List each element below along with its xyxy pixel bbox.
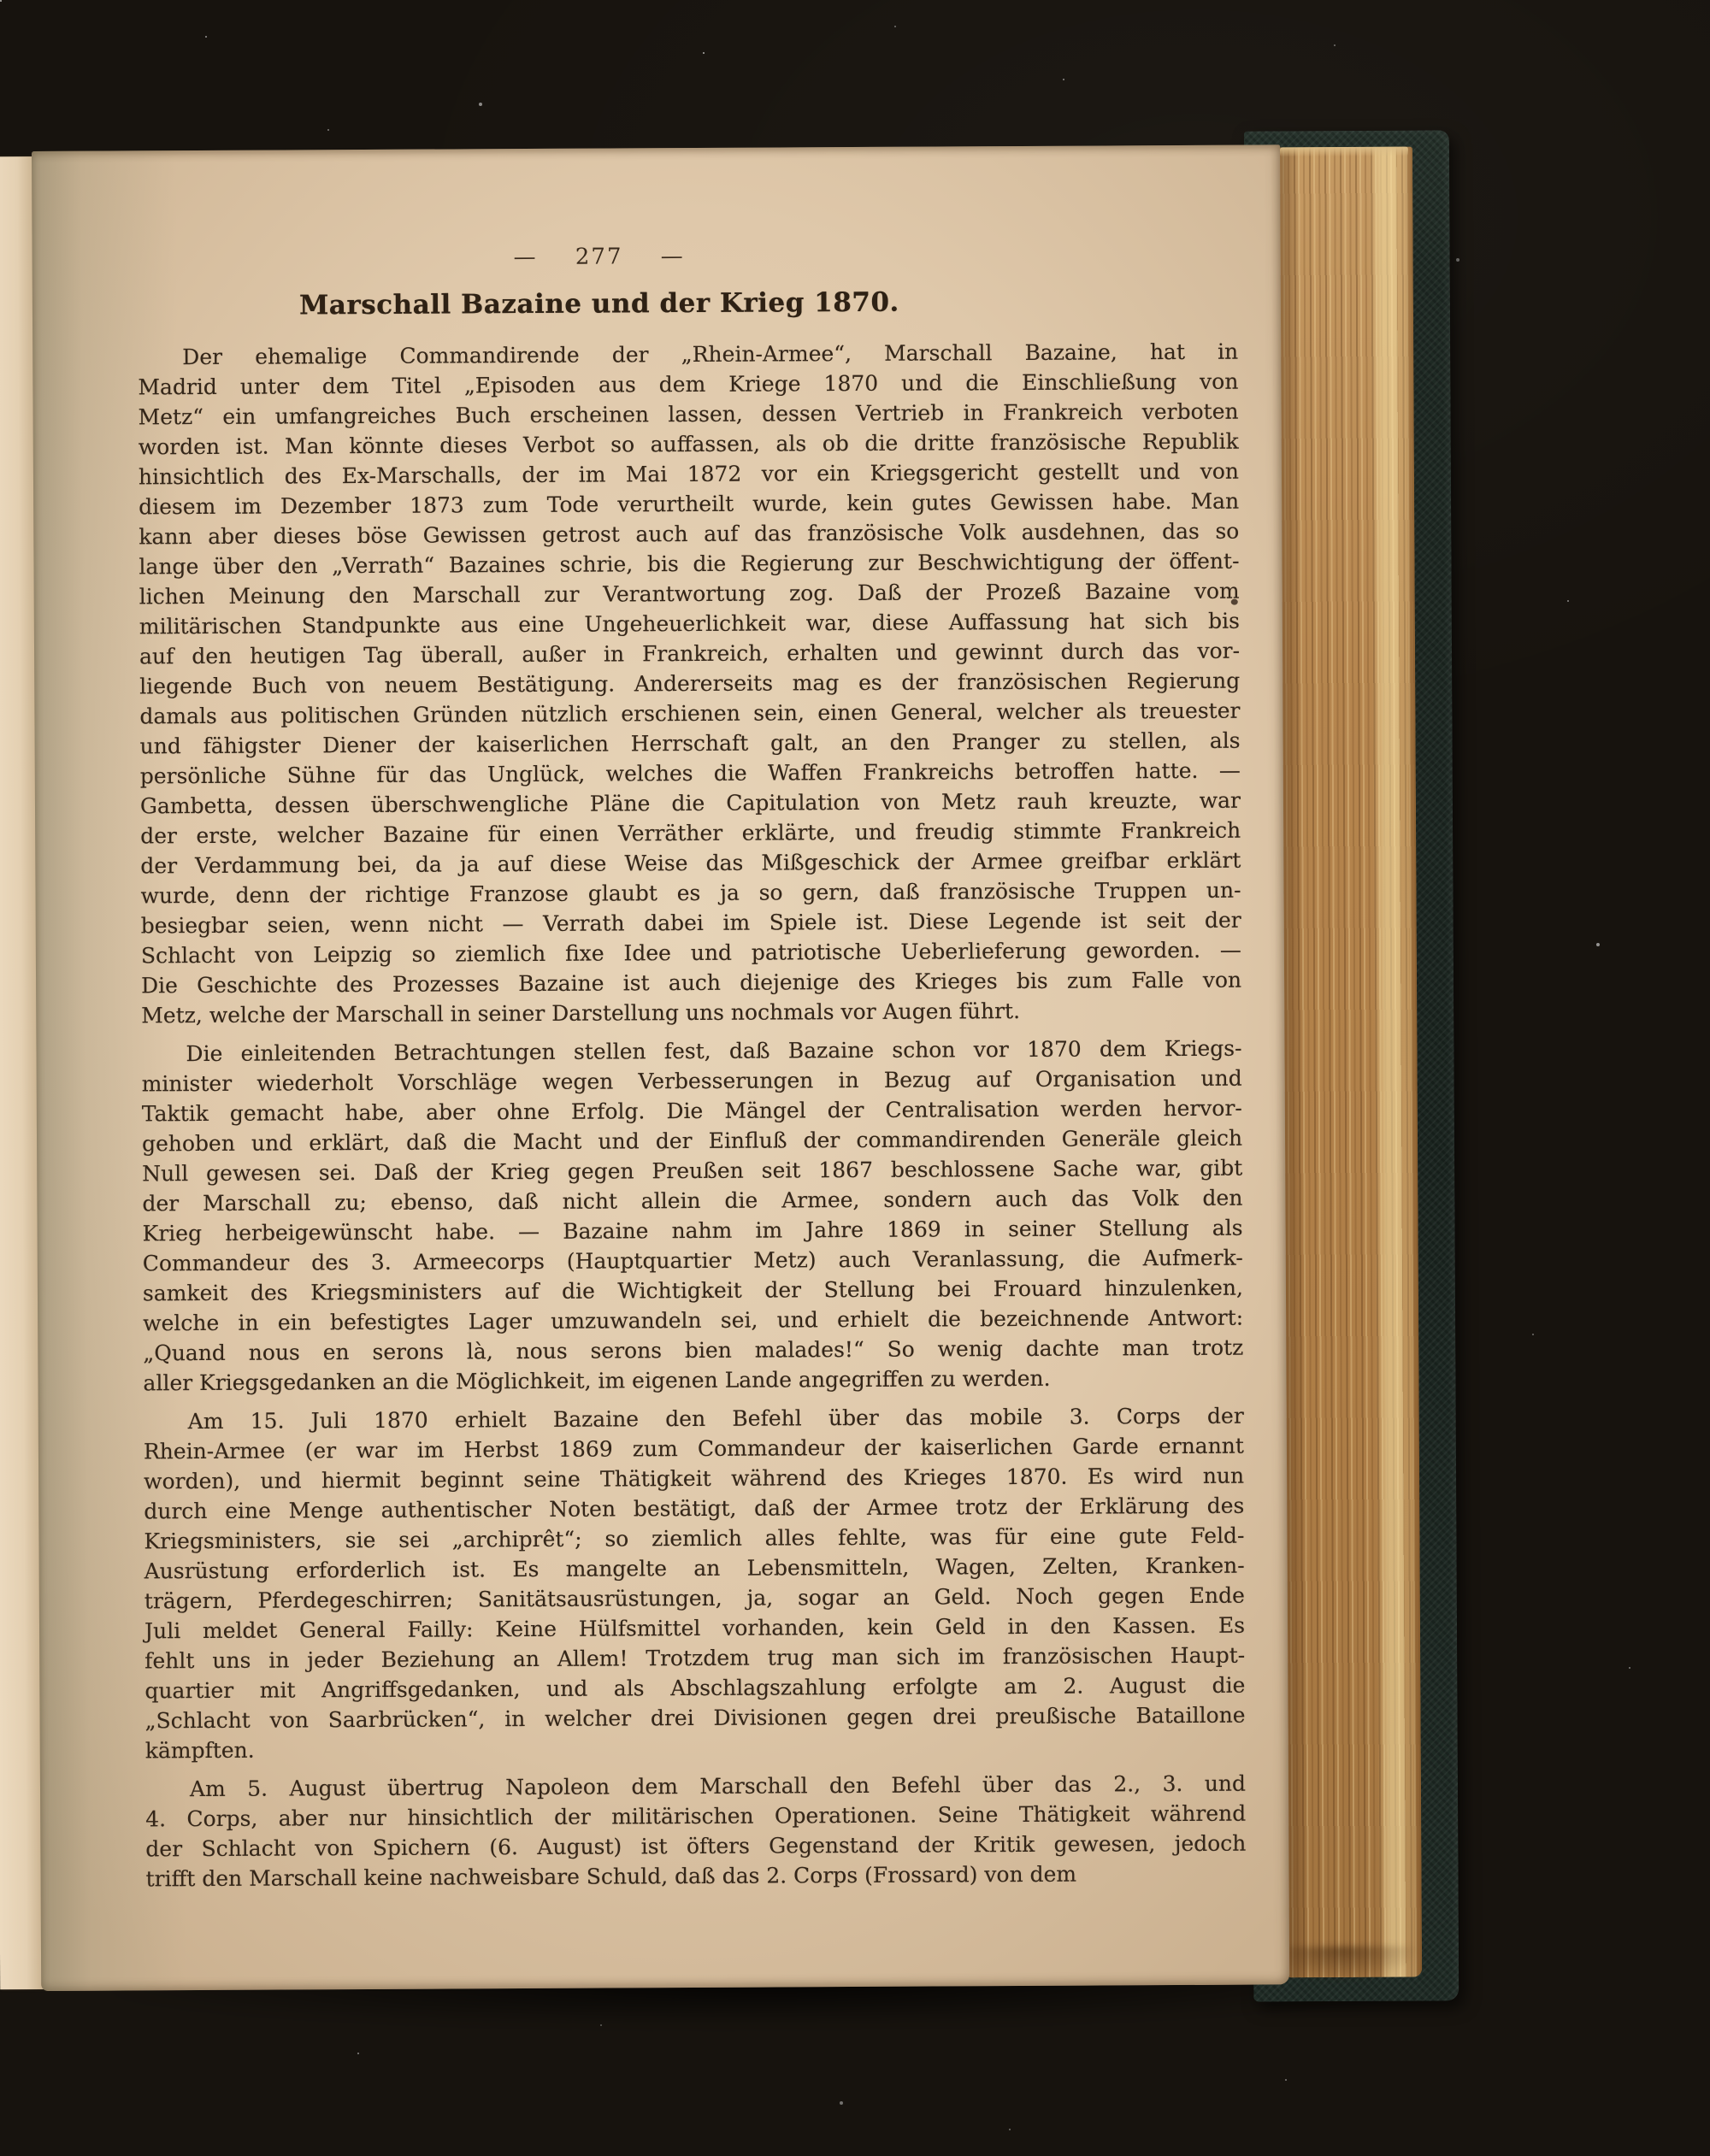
paragraph: Der ehemalige Commandirende der „Rhein-A… [138,337,1241,1031]
text-line: „Quand nous en serons là, nous serons bi… [143,1333,1243,1369]
text-line: aller Kriegsgedanken an die Möglichkeit,… [143,1363,1243,1399]
text-line: kämpften. [145,1730,1246,1766]
paragraph: Am 5. August übertrug Napoleon dem Marsc… [145,1769,1247,1894]
article-title: Marschall Bazaine und der Krieg 1870. [138,286,1061,322]
article-body: Der ehemalige Commandirende der „Rhein-A… [138,337,1246,1894]
paragraph: Am 15. Juli 1870 erhielt Bazaine den Bef… [144,1401,1246,1766]
page-edges [1278,147,1422,1978]
text-line: „Schlacht von Saarbrücken“, in welcher d… [144,1700,1245,1736]
photo-background: — 277 — Marschall Bazaine und der Krieg … [0,0,1710,2156]
page-content: — 277 — Marschall Bazaine und der Krieg … [32,144,1289,1991]
text-line: Die Geschichte des Prozesses Bazaine ist… [141,965,1241,1001]
page-number: — 277 — [138,242,1061,273]
book-page: — 277 — Marschall Bazaine und der Krieg … [32,144,1289,1991]
book: — 277 — Marschall Bazaine und der Krieg … [0,0,1710,2156]
page-header: — 277 — Marschall Bazaine und der Krieg … [138,242,1061,322]
dust-speckles [0,0,2,2]
text-line: Metz, welche der Marschall in seiner Dar… [141,995,1241,1031]
text-line: der Schlacht von Spichern (6. August) is… [145,1829,1246,1864]
paragraph: Die einleitenden Betrachtungen stellen f… [141,1034,1243,1399]
text-line: trifft den Marschall keine nachweisbare … [145,1859,1246,1894]
